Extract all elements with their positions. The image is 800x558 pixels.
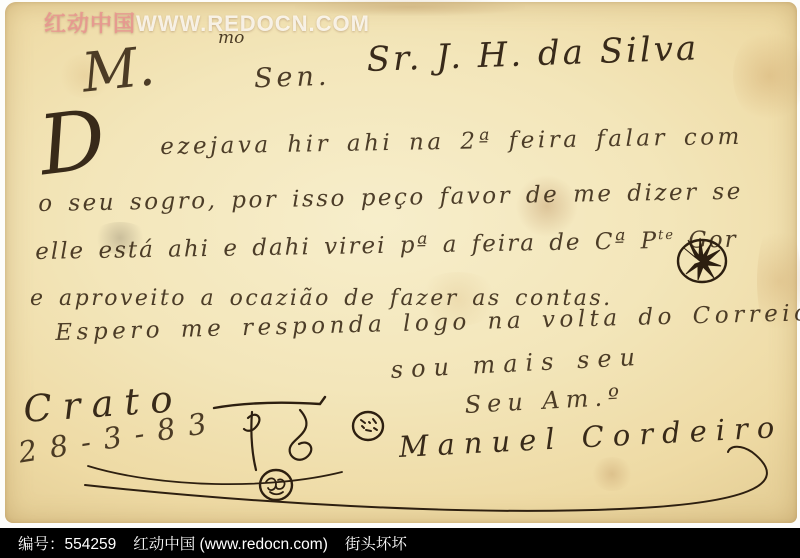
salutation: M. mo Sen. xyxy=(82,28,352,124)
signature-underline-flourish-icon xyxy=(80,430,795,530)
author-name: 街头坏坏 xyxy=(345,532,407,554)
caption-bar: 编号：554259 红动中国 (www.redocn.com) 街头坏坏 xyxy=(0,528,800,558)
stock-photo-preview: 红动中国WWW.REDOCN.COM M. mo Sen. Sr. J. H. … xyxy=(0,0,800,558)
salutation-rest: Sen. xyxy=(253,61,330,95)
site-name: 红动中国 (www.redocn.com) xyxy=(133,532,328,554)
body-line-3-superscript: te xyxy=(658,228,675,243)
leaf-star-doodle-icon xyxy=(674,236,730,286)
salutation-superscript: mo xyxy=(218,28,244,48)
decorative-initial: D xyxy=(34,92,111,194)
foxing-stain xyxy=(733,28,800,124)
image-id: 编号：554259 xyxy=(18,532,116,554)
